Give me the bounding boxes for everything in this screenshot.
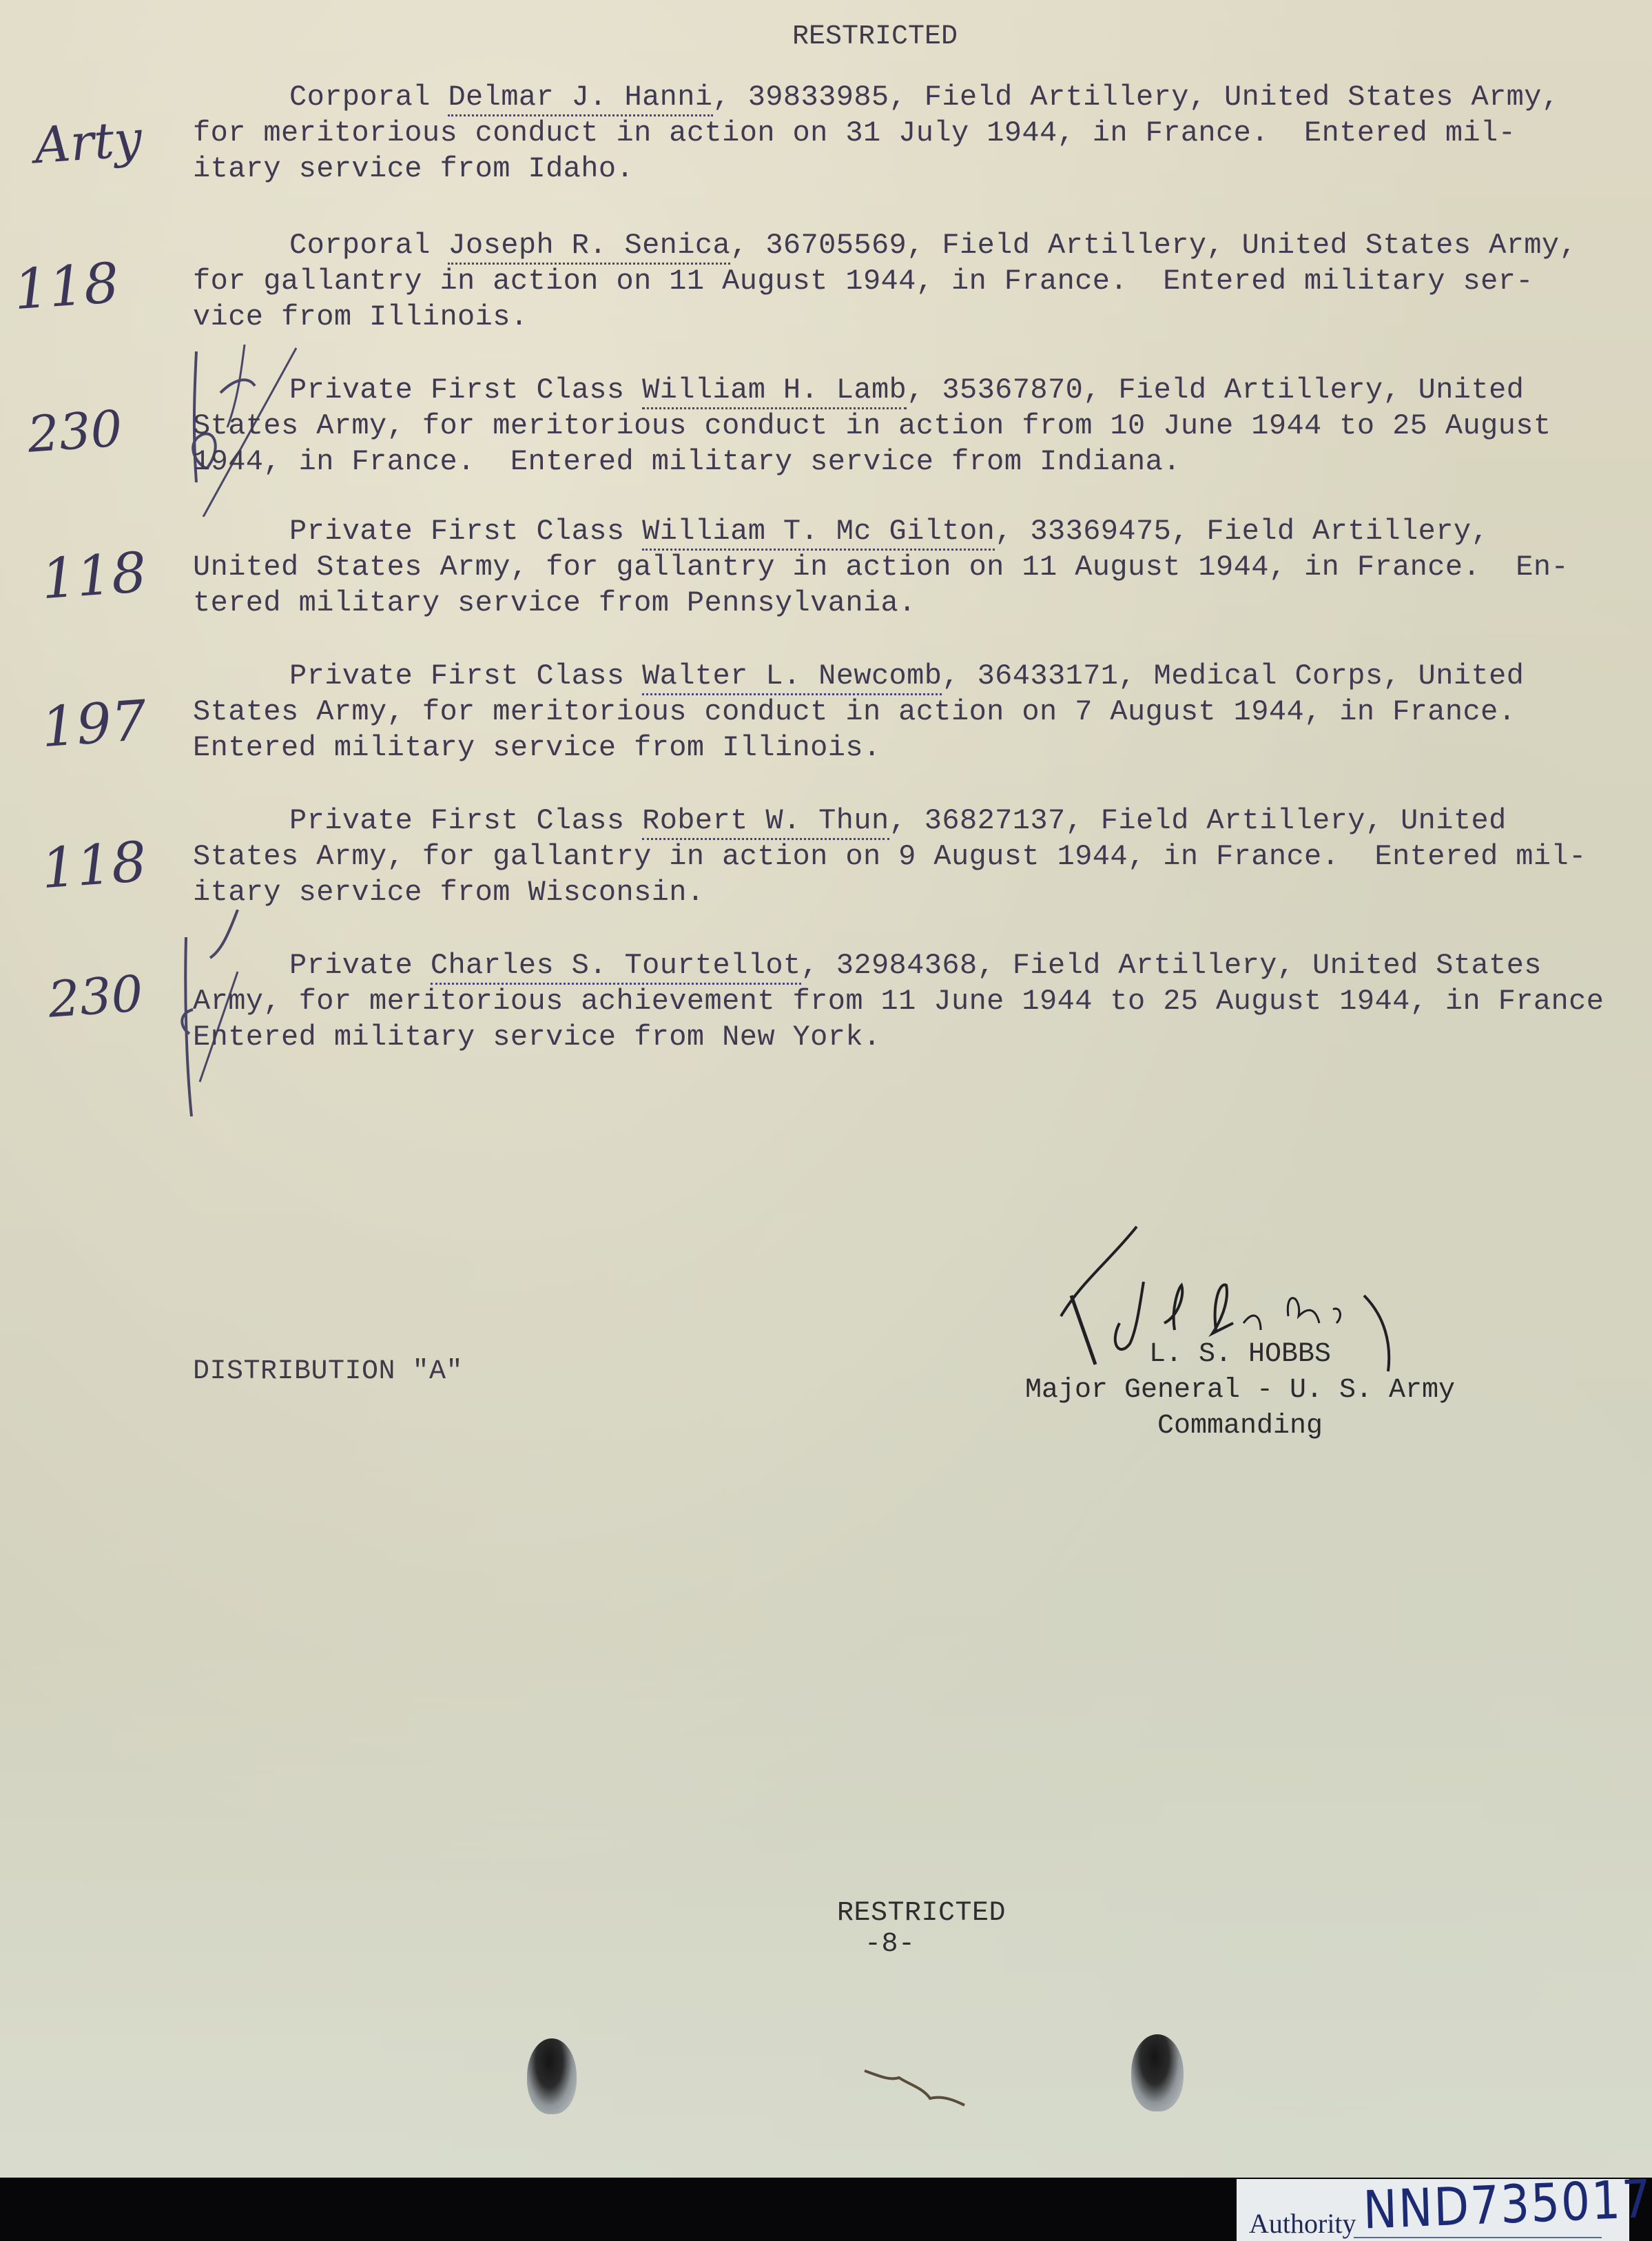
- citation-line: Private First Class Walter L. Newcomb, 3…: [193, 658, 1612, 694]
- signer-rank: Major General - U. S. Army: [978, 1373, 1502, 1409]
- citation-line: 1944, in France. Entered military servic…: [193, 444, 1612, 480]
- margin-note-3: 230: [26, 403, 124, 459]
- margin-note-6: 118: [40, 837, 148, 894]
- authority-underline: [1354, 2237, 1602, 2238]
- citation-line: for gallantry in action on 11 August 194…: [193, 263, 1612, 299]
- citation-hanni: Corporal Delmar J. Hanni, 39833985, Fiel…: [193, 79, 1612, 187]
- soldier-name: Robert W. Thun: [642, 804, 889, 840]
- margin-note-4: 118: [40, 548, 148, 604]
- margin-note-5: 197: [40, 696, 148, 753]
- signer-name: L. S. HOBBS: [978, 1337, 1502, 1373]
- authority-number: NND735017: [1362, 2169, 1652, 2241]
- citation-newcomb: Private First Class Walter L. Newcomb, 3…: [193, 658, 1612, 766]
- signer-title: Commanding: [978, 1409, 1502, 1444]
- header-classification: RESTRICTED: [792, 19, 958, 55]
- soldier-name: William H. Lamb: [642, 373, 907, 409]
- soldier-name: Joseph R. Senica: [448, 229, 730, 265]
- margin-note-2: 118: [12, 258, 121, 315]
- punch-hole-right: [1131, 2034, 1184, 2111]
- citation-line: States Army, for meritorious conduct in …: [193, 694, 1612, 730]
- citation-line: Corporal Joseph R. Senica, 36705569, Fie…: [193, 227, 1612, 263]
- citation-line: Private Charles S. Tourtellot, 32984368,…: [193, 948, 1612, 983]
- citation-line: Entered military service from New York.: [193, 1019, 1612, 1055]
- citation-mcgilton: Private First Class William T. Mc Gilton…: [193, 513, 1612, 621]
- citation-line: States Army, for meritorious conduct in …: [193, 408, 1612, 444]
- citation-tourtellot: Private Charles S. Tourtellot, 32984368,…: [193, 948, 1612, 1055]
- signature-block: L. S. HOBBS Major General - U. S. Army C…: [978, 1337, 1502, 1444]
- citation-line: Army, for meritorious achievement from 1…: [193, 983, 1612, 1019]
- footer-classification: RESTRICTED: [837, 1899, 1006, 1929]
- citation-line: Private First Class William T. Mc Gilton…: [193, 513, 1612, 549]
- paper-tear-mark: [861, 2067, 971, 2109]
- margin-note-1: Arty: [33, 114, 144, 171]
- citation-thun: Private First Class Robert W. Thun, 3682…: [193, 803, 1612, 910]
- soldier-name: William T. Mc Gilton: [642, 515, 995, 551]
- archive-authority-tag: Authority NND735017: [1237, 2179, 1629, 2241]
- soldier-name: Delmar J. Hanni: [448, 81, 712, 116]
- citation-line: United States Army, for gallantry in act…: [193, 549, 1612, 585]
- citation-line: Corporal Delmar J. Hanni, 39833985, Fiel…: [193, 79, 1612, 115]
- citation-line: Private First Class Robert W. Thun, 3682…: [193, 803, 1612, 839]
- citation-lamb: Private First Class William H. Lamb, 353…: [193, 372, 1612, 480]
- citation-line: itary service from Idaho.: [193, 151, 1612, 187]
- citation-line: States Army, for gallantry in action on …: [193, 839, 1612, 874]
- citation-line: Entered military service from Illinois.: [193, 730, 1612, 766]
- punch-hole-left: [527, 2038, 577, 2114]
- document-page: RESTRICTED Arty Corporal Delmar J. Hanni…: [0, 0, 1652, 2178]
- citation-line: for meritorious conduct in action on 31 …: [193, 115, 1612, 151]
- distribution-line: DISTRIBUTION "A": [193, 1354, 463, 1390]
- citation-line: vice from Illinois.: [193, 299, 1612, 335]
- page-number: -8-: [865, 1930, 916, 1960]
- citation-senica: Corporal Joseph R. Senica, 36705569, Fie…: [193, 227, 1612, 335]
- citation-line: Private First Class William H. Lamb, 353…: [193, 372, 1612, 408]
- citation-line: itary service from Wisconsin.: [193, 874, 1612, 910]
- citation-line: tered military service from Pennsylvania…: [193, 585, 1612, 621]
- soldier-name: Charles S. Tourtellot: [431, 949, 801, 985]
- authority-label: Authority: [1249, 2207, 1356, 2240]
- margin-note-7: 230: [47, 968, 145, 1024]
- soldier-name: Walter L. Newcomb: [642, 659, 942, 695]
